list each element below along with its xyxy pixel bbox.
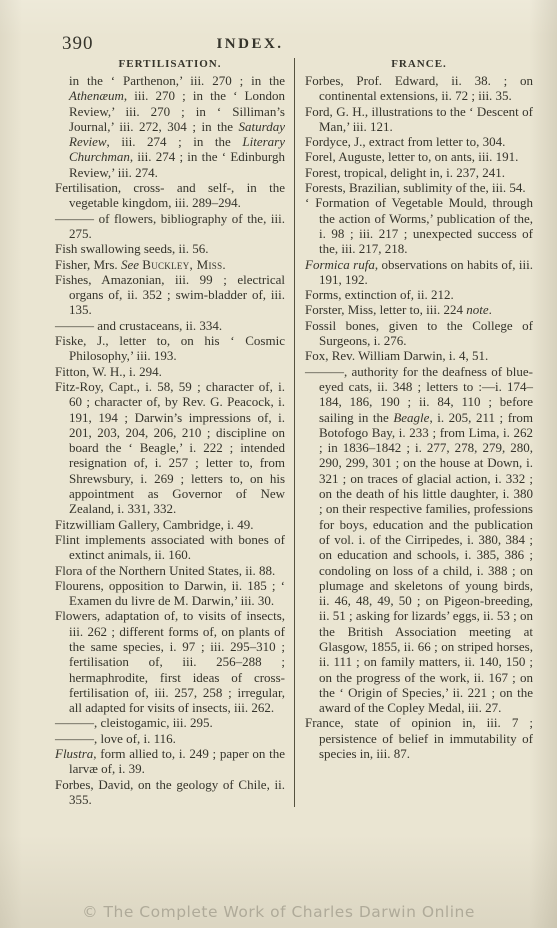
index-entry: Fisher, Mrs. See Buckley, Miss. [55,257,285,272]
index-entry: Fossil bones, given to the College of Su… [305,318,533,349]
index-entry: Fish swallowing seeds, ii. 56. [55,241,285,256]
index-entry: Forbes, David, on the geology of Chile, … [55,777,285,808]
entry-text: Flint implements associated with bones o… [55,532,285,562]
index-entry: Flora of the Northern United States, ii.… [55,563,285,578]
entry-text: Fordyce, J., extract from letter to, 304… [305,134,505,149]
entry-text: Fitz-Roy, Capt., i. 58, 59 ; character o… [55,379,285,516]
entry-text: Fish swallowing seeds, ii. 56. [55,241,208,256]
column-running-head-left: FERTILISATION. [55,58,285,70]
column-running-head-right: FRANCE. [305,58,533,70]
entry-text-italic: note [466,302,488,317]
entry-text: Flowers, adaptation of, to visits of ins… [55,608,285,715]
entry-text: Fossil bones, given to the College of Su… [305,318,533,348]
entry-text: in the ‘ Parthenon,’ iii. 270 ; in the [69,73,285,88]
index-entry: Fordyce, J., extract from letter to, 304… [305,134,533,149]
column-divider-rule [294,58,295,807]
entry-text: Flourens, opposition to Darwin, ii. 185 … [55,578,285,608]
index-entry: in the ‘ Parthenon,’ iii. 270 ; in the A… [55,73,285,180]
entry-text: ——— of flowers, bibliography of the, iii… [55,211,285,241]
index-entry: ——— of flowers, bibliography of the, iii… [55,211,285,242]
index-entry: ——— and crustaceans, ii. 334. [55,318,285,333]
page-number: 390 [62,33,94,55]
copyright-watermark: © The Complete Work of Charles Darwin On… [0,903,557,921]
entry-text: Forests, Brazilian, sublimity of the, ii… [305,180,526,195]
right-column-entries: Forbes, Prof. Edward, ii. 38. ; on conti… [305,73,533,761]
index-entry: Fitzwilliam Gallery, Cambridge, i. 49. [55,517,285,532]
entry-text: . [489,302,492,317]
entry-text: Fiske, J., letter to, on his ‘ Cosmic Ph… [55,333,285,363]
entry-text: Fishes, Amazonian, iii. 99 ; electrical … [55,272,285,318]
entry-text: Forel, Auguste, letter to, on ants, iii.… [305,149,518,164]
index-entry: Forest, tropical, delight in, i. 237, 24… [305,165,533,180]
entry-text: ‘ Formation of Vegetable Mould, through … [305,195,533,256]
entry-text: ———, love of, i. 116. [55,731,176,746]
index-entry: France, state of opinion in, iii. 7 ; pe… [305,715,533,761]
left-column-entries: in the ‘ Parthenon,’ iii. 270 ; in the A… [55,73,285,807]
entry-text-smallcaps: Buckley, Miss. [142,257,226,272]
entry-text-italic: Beagle [393,410,429,425]
index-entry: Forms, extinction of, ii. 212. [305,287,533,302]
index-entry: Forster, Miss, letter to, iii. 224 note. [305,302,533,317]
entry-text: , i. 205, 211 ; from Botofogo Bay, i. 23… [319,410,533,716]
index-entry: Ford, G. H., illustrations to the ‘ Desc… [305,104,533,135]
entry-text: Fitzwilliam Gallery, Cambridge, i. 49. [55,517,253,532]
index-entry: Formica rufa, observations on habits of,… [305,257,533,288]
index-entry: ‘ Formation of Vegetable Mould, through … [305,195,533,256]
index-entry: Flint implements associated with bones o… [55,532,285,563]
entry-text: Fertilisation, cross- and self-, in the … [55,180,285,210]
entry-text: Fitton, W. H., i. 294. [55,364,162,379]
index-entry: Flourens, opposition to Darwin, ii. 185 … [55,578,285,609]
index-entry: Fishes, Amazonian, iii. 99 ; electrical … [55,272,285,318]
entry-text-italic: See [121,257,139,272]
left-column: FERTILISATION. in the ‘ Parthenon,’ iii.… [55,58,285,807]
entry-text: , iii. 274 ; in the [107,134,243,149]
index-entry: Fertilisation, cross- and self-, in the … [55,180,285,211]
index-entry: Fitton, W. H., i. 294. [55,364,285,379]
index-entry: Fox, Rev. William Darwin, i. 4, 51. [305,348,533,363]
index-columns: FERTILISATION. in the ‘ Parthenon,’ iii.… [55,58,533,807]
entry-text-italic: Formica rufa [305,257,375,272]
entry-text: Fox, Rev. William Darwin, i. 4, 51. [305,348,488,363]
entry-text-italic: Flustra [55,746,93,761]
index-entry: Flowers, adaptation of, to visits of ins… [55,608,285,715]
index-entry: ———, love of, i. 116. [55,731,285,746]
index-entry: Forel, Auguste, letter to, on ants, iii.… [305,149,533,164]
page-header-title: INDEX. [200,36,300,53]
entry-text: Flora of the Northern United States, ii.… [55,563,275,578]
index-entry: ———, authority for the deafness of blue-… [305,364,533,716]
entry-text: , form allied to, i. 249 ; paper on the … [69,746,285,776]
index-entry: Fitz-Roy, Capt., i. 58, 59 ; character o… [55,379,285,517]
index-entry: Forbes, Prof. Edward, ii. 38. ; on conti… [305,73,533,104]
scanned-book-page: 390 INDEX. FERTILISATION. in the ‘ Parth… [0,0,557,928]
entry-text-italic: Athenæum [69,88,124,103]
entry-text: France, state of opinion in, iii. 7 ; pe… [305,715,533,761]
entry-text: Forster, Miss, letter to, iii. 224 [305,302,466,317]
index-entry: Flustra, form allied to, i. 249 ; paper … [55,746,285,777]
entry-text: Forest, tropical, delight in, i. 237, 24… [305,165,505,180]
right-column: FRANCE. Forbes, Prof. Edward, ii. 38. ; … [305,58,533,807]
index-entry: Fiske, J., letter to, on his ‘ Cosmic Ph… [55,333,285,364]
entry-text: Forbes, David, on the geology of Chile, … [55,777,285,807]
entry-text: Fisher, Mrs. [55,257,121,272]
entry-text: Forbes, Prof. Edward, ii. 38. ; on conti… [305,73,533,103]
index-entry: ———, cleistogamic, iii. 295. [55,715,285,730]
entry-text: ——— and crustaceans, ii. 334. [55,318,222,333]
index-entry: Forests, Brazilian, sublimity of the, ii… [305,180,533,195]
entry-text: Ford, G. H., illustrations to the ‘ Desc… [305,104,533,134]
entry-text: ———, cleistogamic, iii. 295. [55,715,213,730]
entry-text: Forms, extinction of, ii. 212. [305,287,454,302]
